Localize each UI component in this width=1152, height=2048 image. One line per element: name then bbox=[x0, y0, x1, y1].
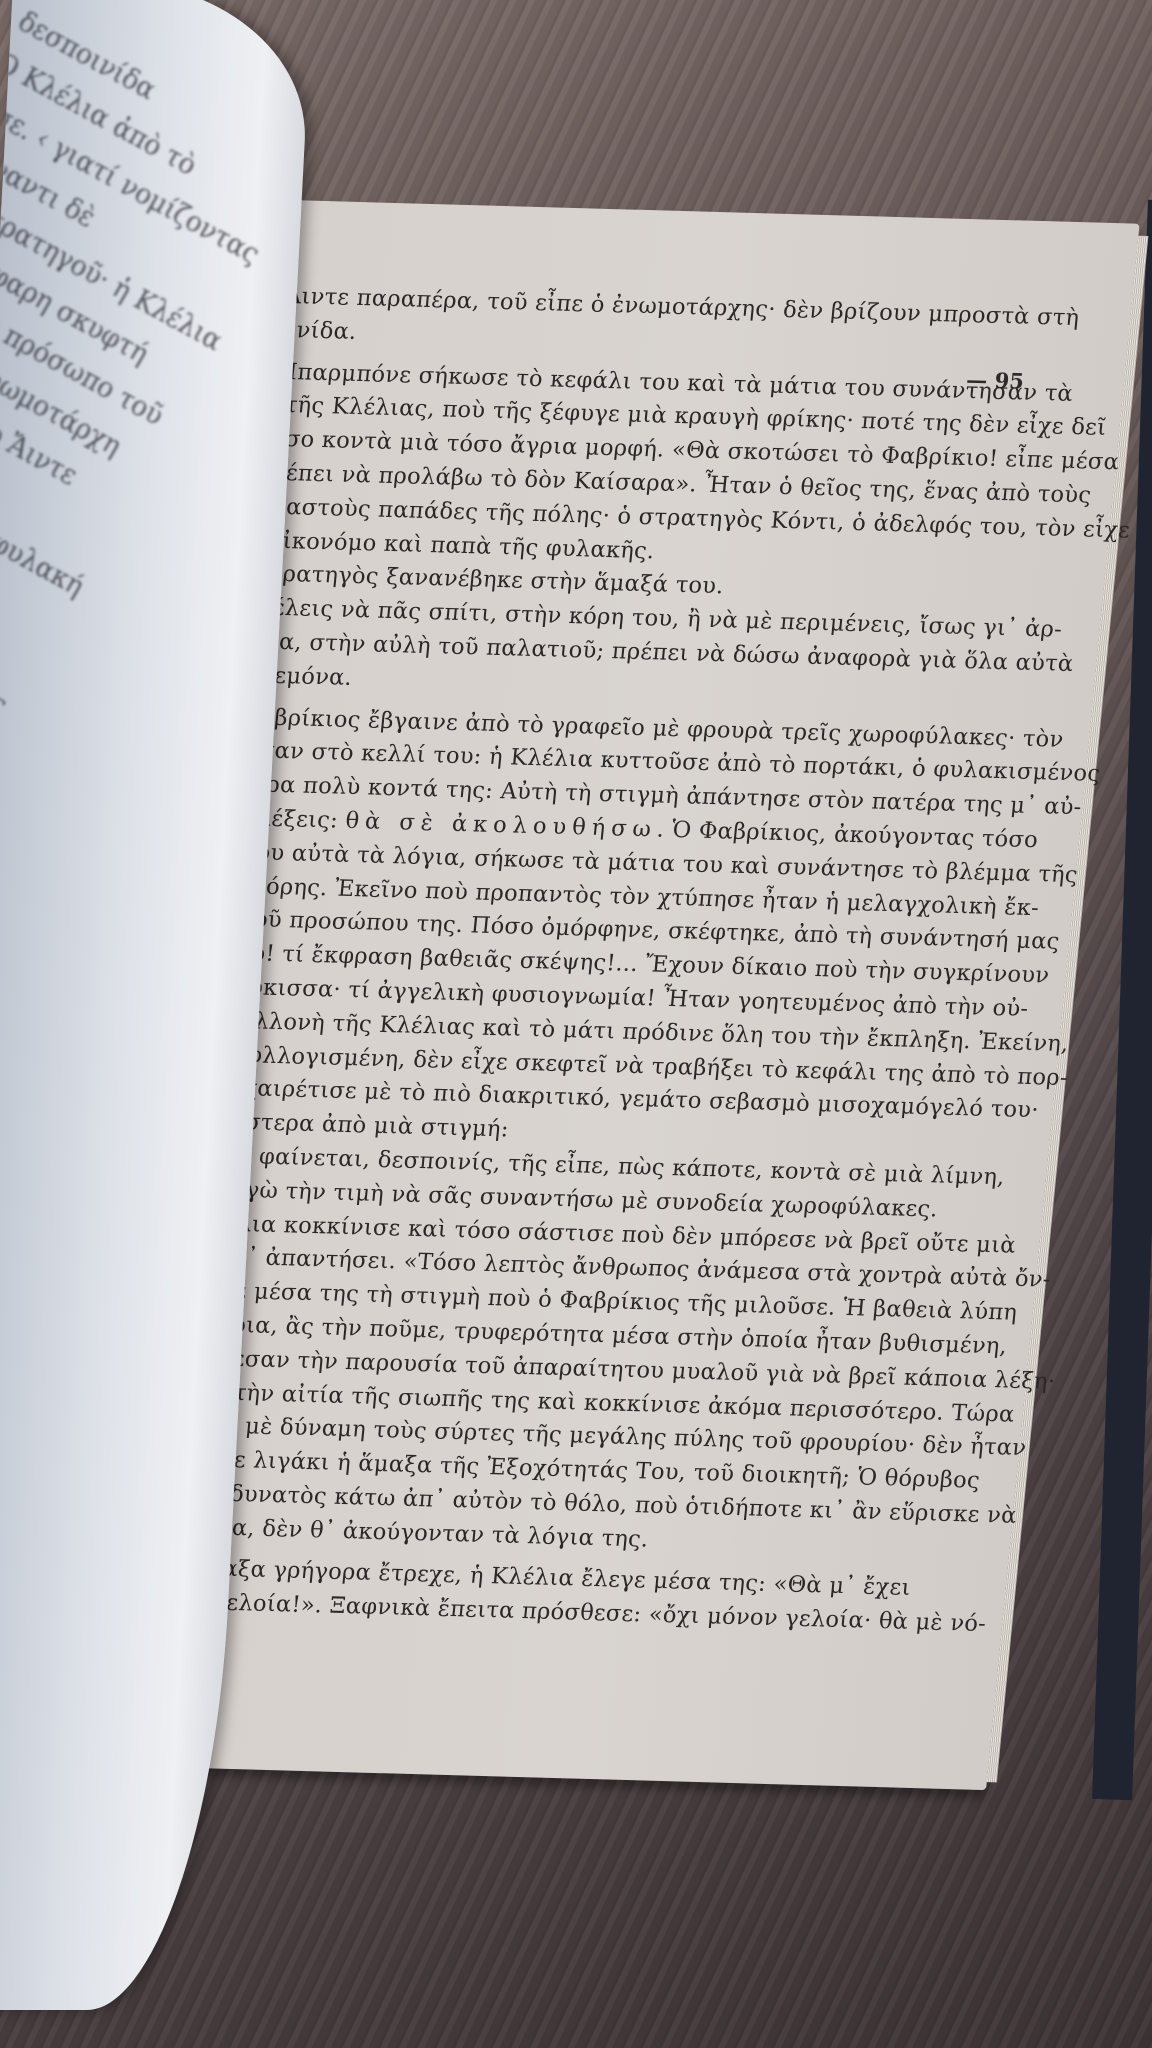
paragraph: Ὁ Μπαρμπόνε σήκωσε τὸ κεφάλι του καὶ τὰ … bbox=[195, 354, 1015, 579]
emphasized-phrase: θὰ σὲ ἀκολουθήσω bbox=[344, 808, 658, 843]
